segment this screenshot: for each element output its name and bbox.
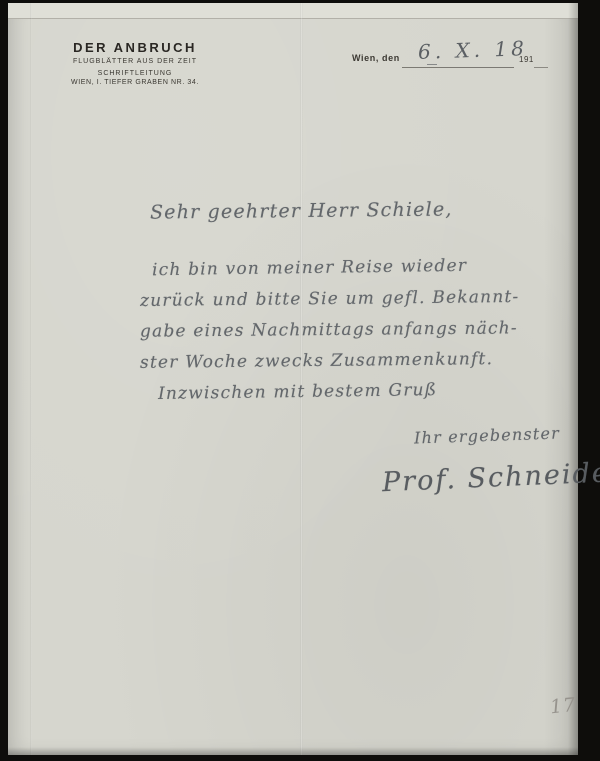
letterhead: DER ANBRUCH FLUGBLÄTTER AUS DER ZEIT SCH… <box>50 40 220 86</box>
dateline-prefix: Wien, den <box>352 53 400 63</box>
dateline-rule-after-year <box>534 67 548 68</box>
handwritten-date: 6. X. 18 <box>418 36 529 64</box>
letterhead-department: SCHRIFTLEITUNG <box>50 70 220 77</box>
body-line: ster Woche zwecks Zusammenkunft. <box>140 349 493 373</box>
letter-paper <box>8 3 578 755</box>
pencil-page-number: 17 <box>549 694 577 719</box>
letterhead-title: DER ANBRUCH <box>50 40 220 55</box>
scan-stage: DER ANBRUCH FLUGBLÄTTER AUS DER ZEIT SCH… <box>0 0 600 761</box>
salutation: Sehr geehrter Herr Schiele, <box>150 198 453 223</box>
body-line: Inzwischen mit bestem Gruß <box>158 380 438 404</box>
letterhead-address: WIEN, I. TIEFER GRABEN NR. 34. <box>50 79 220 86</box>
paper-top-edge <box>8 3 578 19</box>
body-line: gabe eines Nachmittags anfangs näch- <box>140 318 518 341</box>
left-fold-crease <box>30 3 32 755</box>
dateline-year-stub: 191 <box>519 55 534 64</box>
letterhead-subtitle: FLUGBLÄTTER AUS DER ZEIT <box>50 58 220 65</box>
center-fold-crease <box>300 3 303 755</box>
dateline-rule <box>402 67 514 68</box>
body-line: zurück und bitte Sie um gefl. Bekannt- <box>140 287 520 311</box>
paper-right-edge-shadow <box>568 3 578 755</box>
handwritten-date-underline <box>427 64 437 65</box>
paper-bottom-edge-shadow <box>8 747 578 755</box>
